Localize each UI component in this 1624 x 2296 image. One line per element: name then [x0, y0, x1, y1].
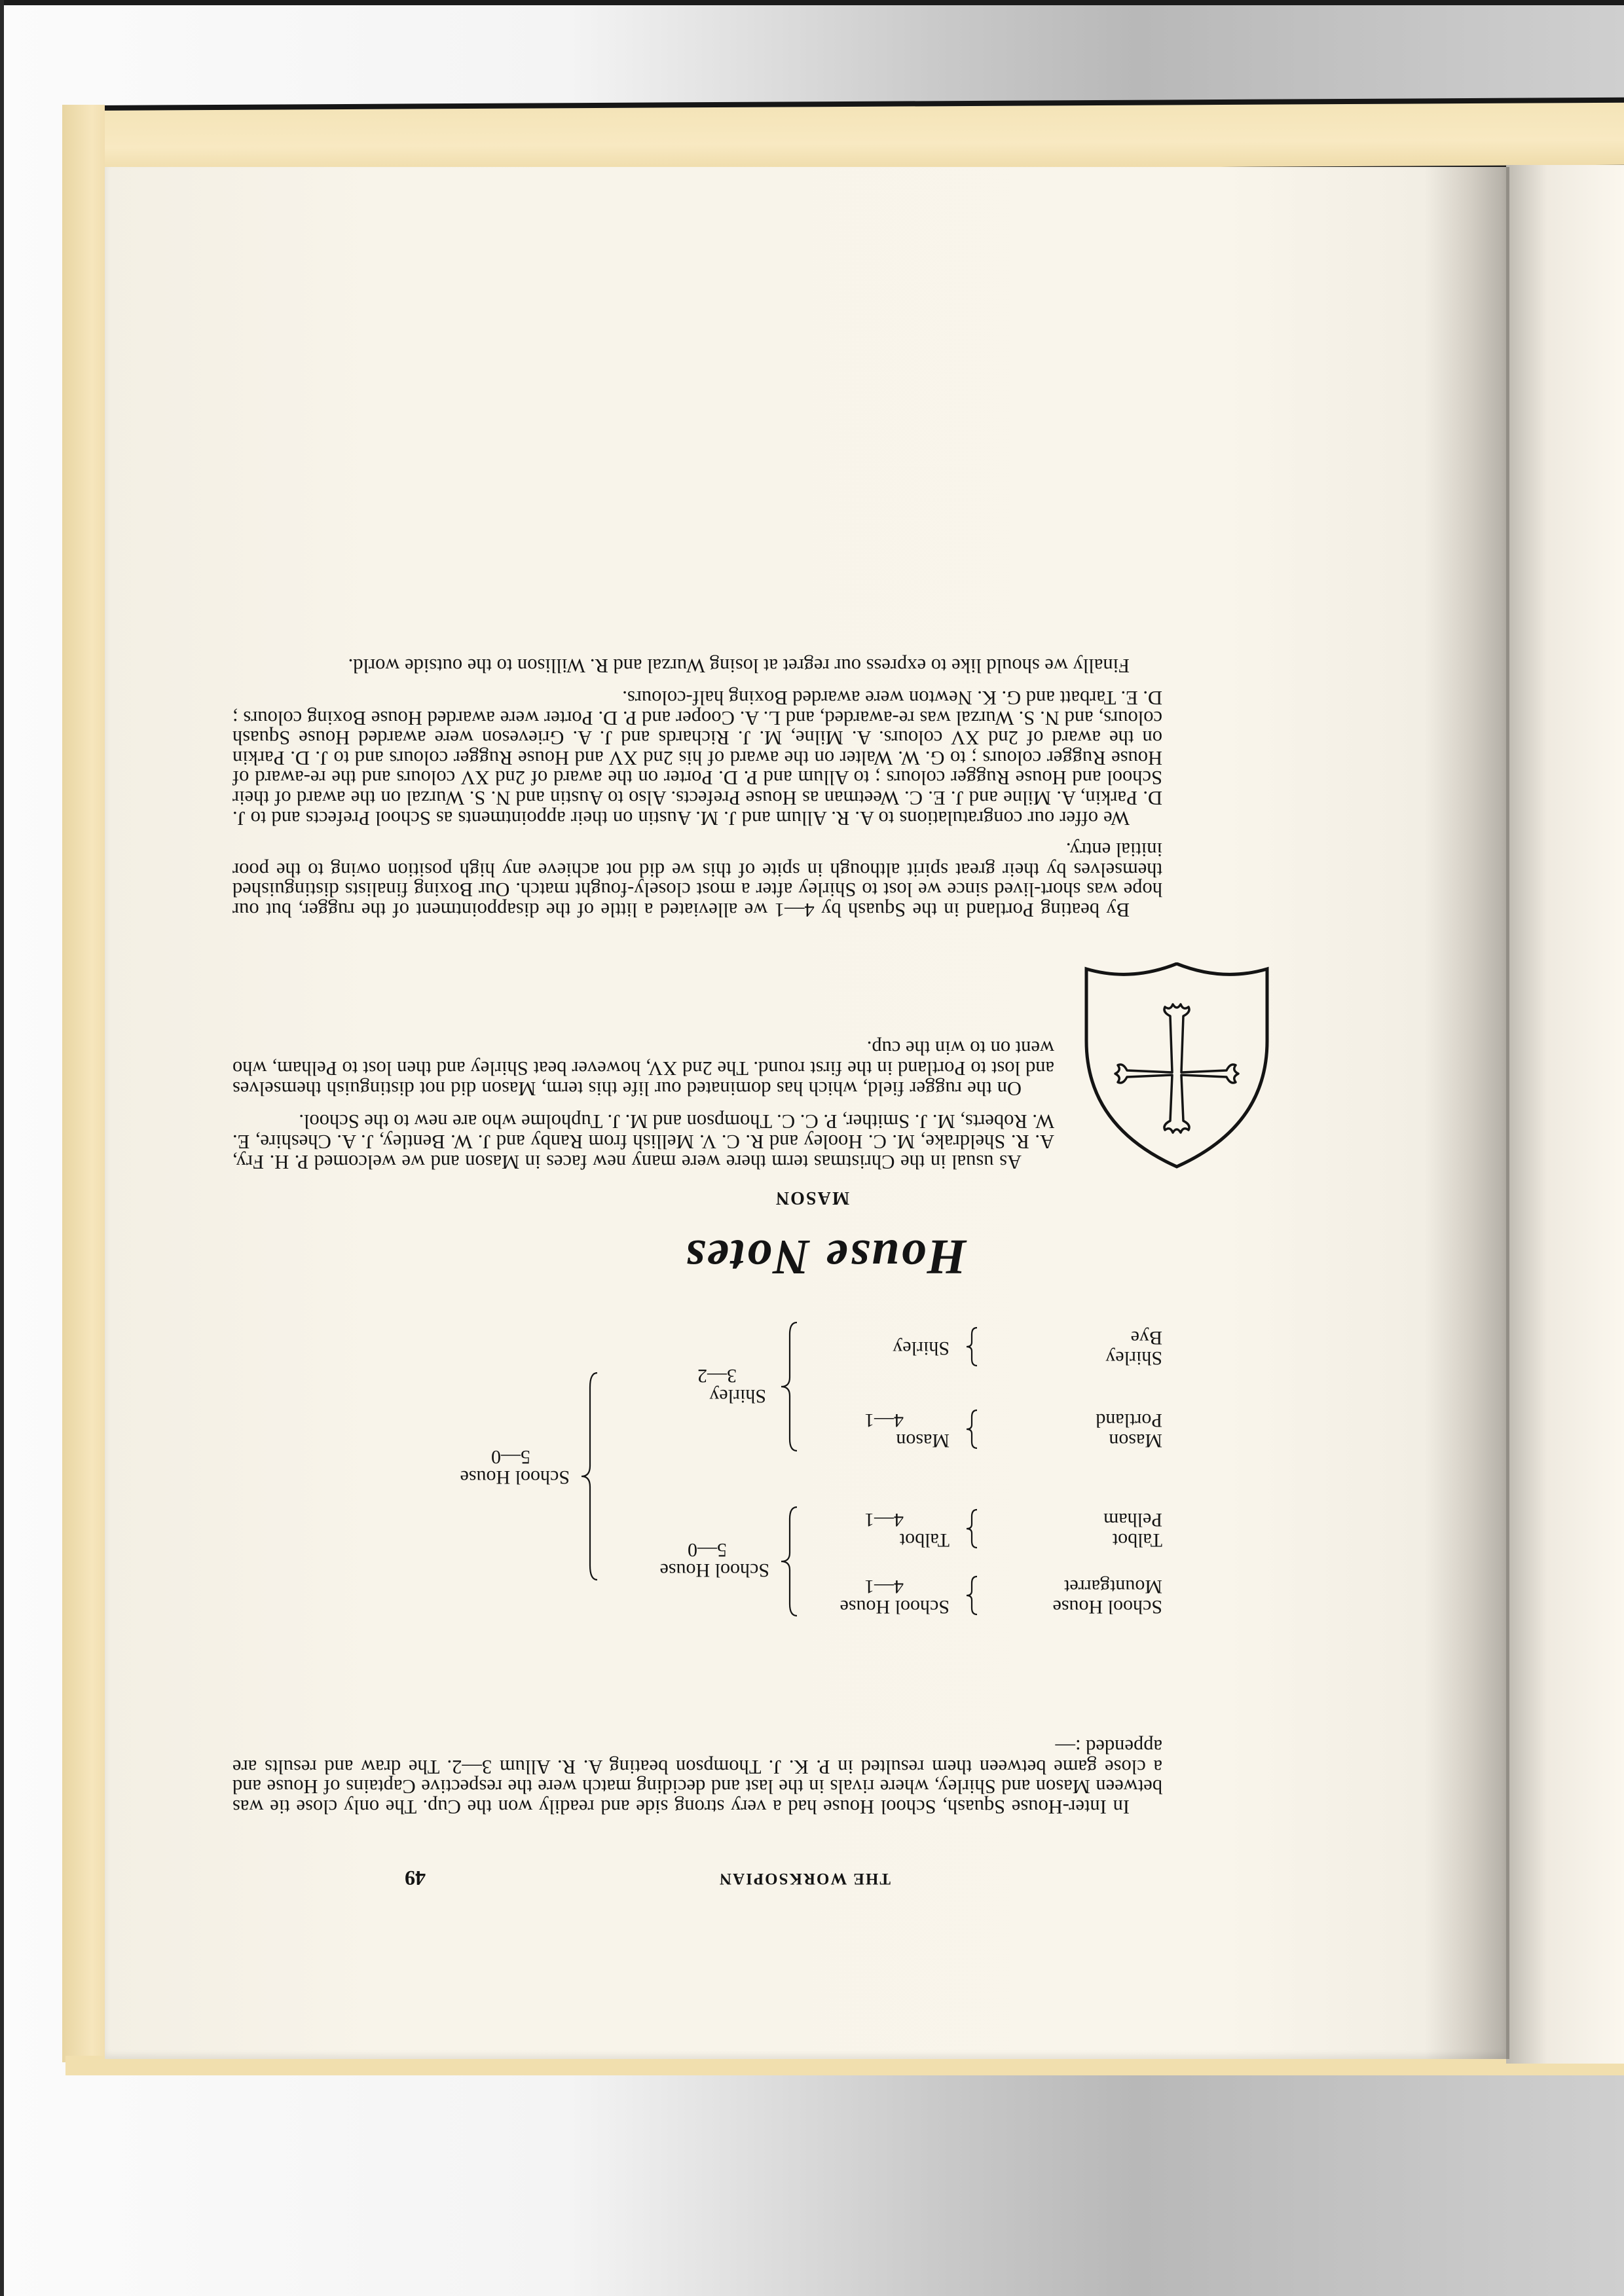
scanner-edge-top	[0, 0, 1624, 5]
final-score: 5—0	[491, 1447, 530, 1467]
draw-winner: School House	[840, 1597, 950, 1617]
cover-edge-left	[62, 105, 105, 2062]
semifinal-score: 3—2	[697, 1366, 737, 1386]
mason-paragraph: As usual in the Christmas term there wer…	[232, 1112, 1054, 1172]
draw-team: School House	[1053, 1597, 1163, 1617]
squash-paragraph: In Inter-House Squash, School House had …	[232, 1737, 1162, 1817]
squash-paragraph-block: In Inter-House Squash, School House had …	[232, 1737, 1162, 1817]
brace-icon	[965, 1575, 979, 1616]
section-title-text: House Notes	[684, 1228, 967, 1285]
draw-team: Portland	[1096, 1410, 1162, 1430]
brace-icon	[965, 1409, 979, 1449]
draw-team: Mountgarret	[1064, 1576, 1162, 1597]
draw-winner: Mason	[896, 1430, 950, 1451]
draw-score: 4—1	[864, 1410, 904, 1430]
page-number: 49	[405, 1866, 426, 1890]
draw-winner: Shirley	[893, 1338, 950, 1358]
draw-team: Talbot	[1113, 1530, 1162, 1550]
brace-icon	[779, 1321, 799, 1452]
mason-paragraph: We offer our congratulations to A. R. Al…	[232, 687, 1162, 828]
cross-shield-icon	[1079, 962, 1275, 1172]
semifinal-winner: School House	[660, 1560, 770, 1580]
scanner-edge-left	[0, 0, 4, 2296]
mason-paragraph-block-lower: By beating Portland in the Squash by 4—1…	[232, 656, 1162, 932]
semifinal-winner: Shirley	[709, 1386, 766, 1406]
house-heading: MASON	[105, 1187, 1506, 1208]
final-winner: School House	[460, 1467, 570, 1487]
draw-score: 4—1	[864, 1576, 904, 1597]
draw-team: Bye	[1131, 1328, 1162, 1348]
running-head: THE WORKSOPIAN 49	[105, 1861, 1506, 1887]
house-heading-text: MASON	[775, 1187, 849, 1208]
mason-paragraph: Finally we should like to express our re…	[232, 656, 1162, 676]
brace-icon	[779, 1506, 799, 1617]
printed-page-content: THE WORKSOPIAN 49 In Inter-House Squash,…	[105, 167, 1506, 2059]
draw-team: Mason	[1109, 1430, 1162, 1451]
brace-icon	[965, 1508, 979, 1549]
section-title: House Notes	[105, 1228, 1506, 1285]
facing-page-edge	[1506, 165, 1624, 2064]
draw-score: 4—1	[864, 1510, 904, 1530]
mason-paragraph: On the rugger field, which has dominated…	[232, 1038, 1054, 1098]
mason-paragraph: By beating Portland in the Squash by 4—1…	[232, 840, 1162, 920]
squash-draw-bracket: School House Mountgarret School House 4—…	[206, 1322, 1162, 1617]
semifinal-score: 5—0	[688, 1540, 727, 1560]
draw-winner: Talbot	[900, 1530, 950, 1550]
mason-paragraph-block: As usual in the Christmas term there wer…	[232, 1038, 1054, 1172]
brace-icon	[965, 1326, 979, 1367]
running-title: THE WORKSOPIAN	[718, 1869, 891, 1887]
draw-team: Shirley	[1105, 1348, 1162, 1368]
brace-icon	[580, 1372, 599, 1581]
draw-team: Pelham	[1103, 1510, 1162, 1530]
